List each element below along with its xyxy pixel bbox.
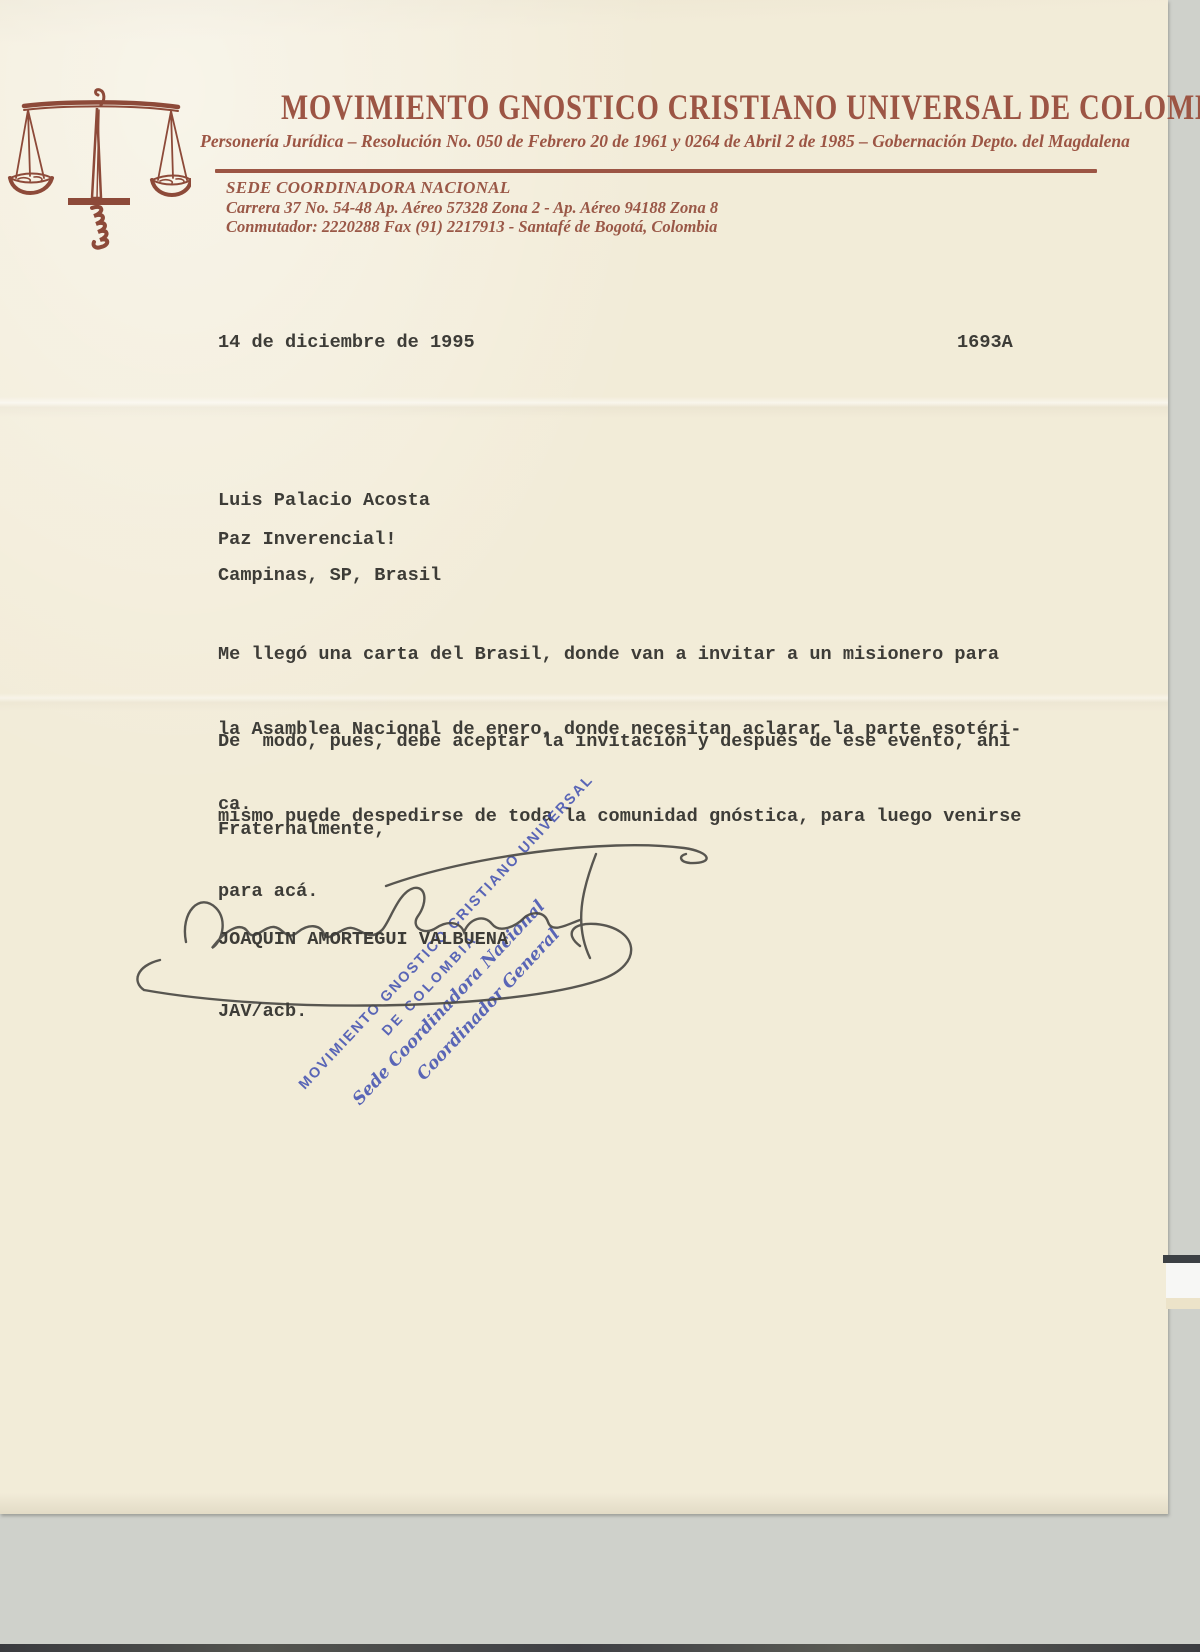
scan-bottom-edge-band <box>0 1644 1200 1652</box>
recipient-location: Campinas, SP, Brasil <box>218 563 441 588</box>
letterhead-divider <box>215 169 1097 173</box>
legal-registration-text: Personería Jurídica – Resolución No. 050… <box>200 131 1130 151</box>
body-line: Me llegó una carta del Brasil, donde van… <box>218 642 1021 667</box>
organization-name: MOVIMIENTO GNOSTICO CRISTIANO UNIVERSAL … <box>160 86 1170 128</box>
typist-initials: JAV/acb. <box>218 999 307 1024</box>
scan-artifact-dark-line <box>1163 1255 1200 1263</box>
recipient-name: Luis Palacio Acosta <box>218 488 441 513</box>
signer-typed-name: JOAQUIN AMORTEGUI VALBUENA <box>218 927 508 952</box>
address-line-1: Carrera 37 No. 54-48 Ap. Aéreo 57328 Zon… <box>226 198 718 218</box>
office-title: SEDE COORDINADORA NACIONAL <box>226 178 718 198</box>
address-line-2: Conmutador: 2220288 Fax (91) 2217913 - S… <box>226 217 718 237</box>
scan-artifact-tan-line <box>1166 1298 1200 1309</box>
scanned-letter: MOVIMIENTO GNOSTICO CRISTIANO UNIVERSAL … <box>0 0 1200 1652</box>
reference-number: 1693A <box>957 330 1013 355</box>
salutation: Paz Inverencial! <box>218 527 397 552</box>
body-line: De modo, pues, debe aceptar la invitació… <box>218 729 1021 754</box>
letter-paper: MOVIMIENTO GNOSTICO CRISTIANO UNIVERSAL … <box>0 0 1168 1514</box>
date-line: 14 de diciembre de 1995 <box>218 330 475 355</box>
organization-name-text: MOVIMIENTO GNOSTICO CRISTIANO UNIVERSAL … <box>281 86 1200 128</box>
legal-registration-line: Personería Jurídica – Resolución No. 050… <box>160 131 1170 152</box>
scan-artifact-white-block <box>1166 1263 1200 1298</box>
office-address-block: SEDE COORDINADORA NACIONAL Carrera 37 No… <box>226 178 718 237</box>
